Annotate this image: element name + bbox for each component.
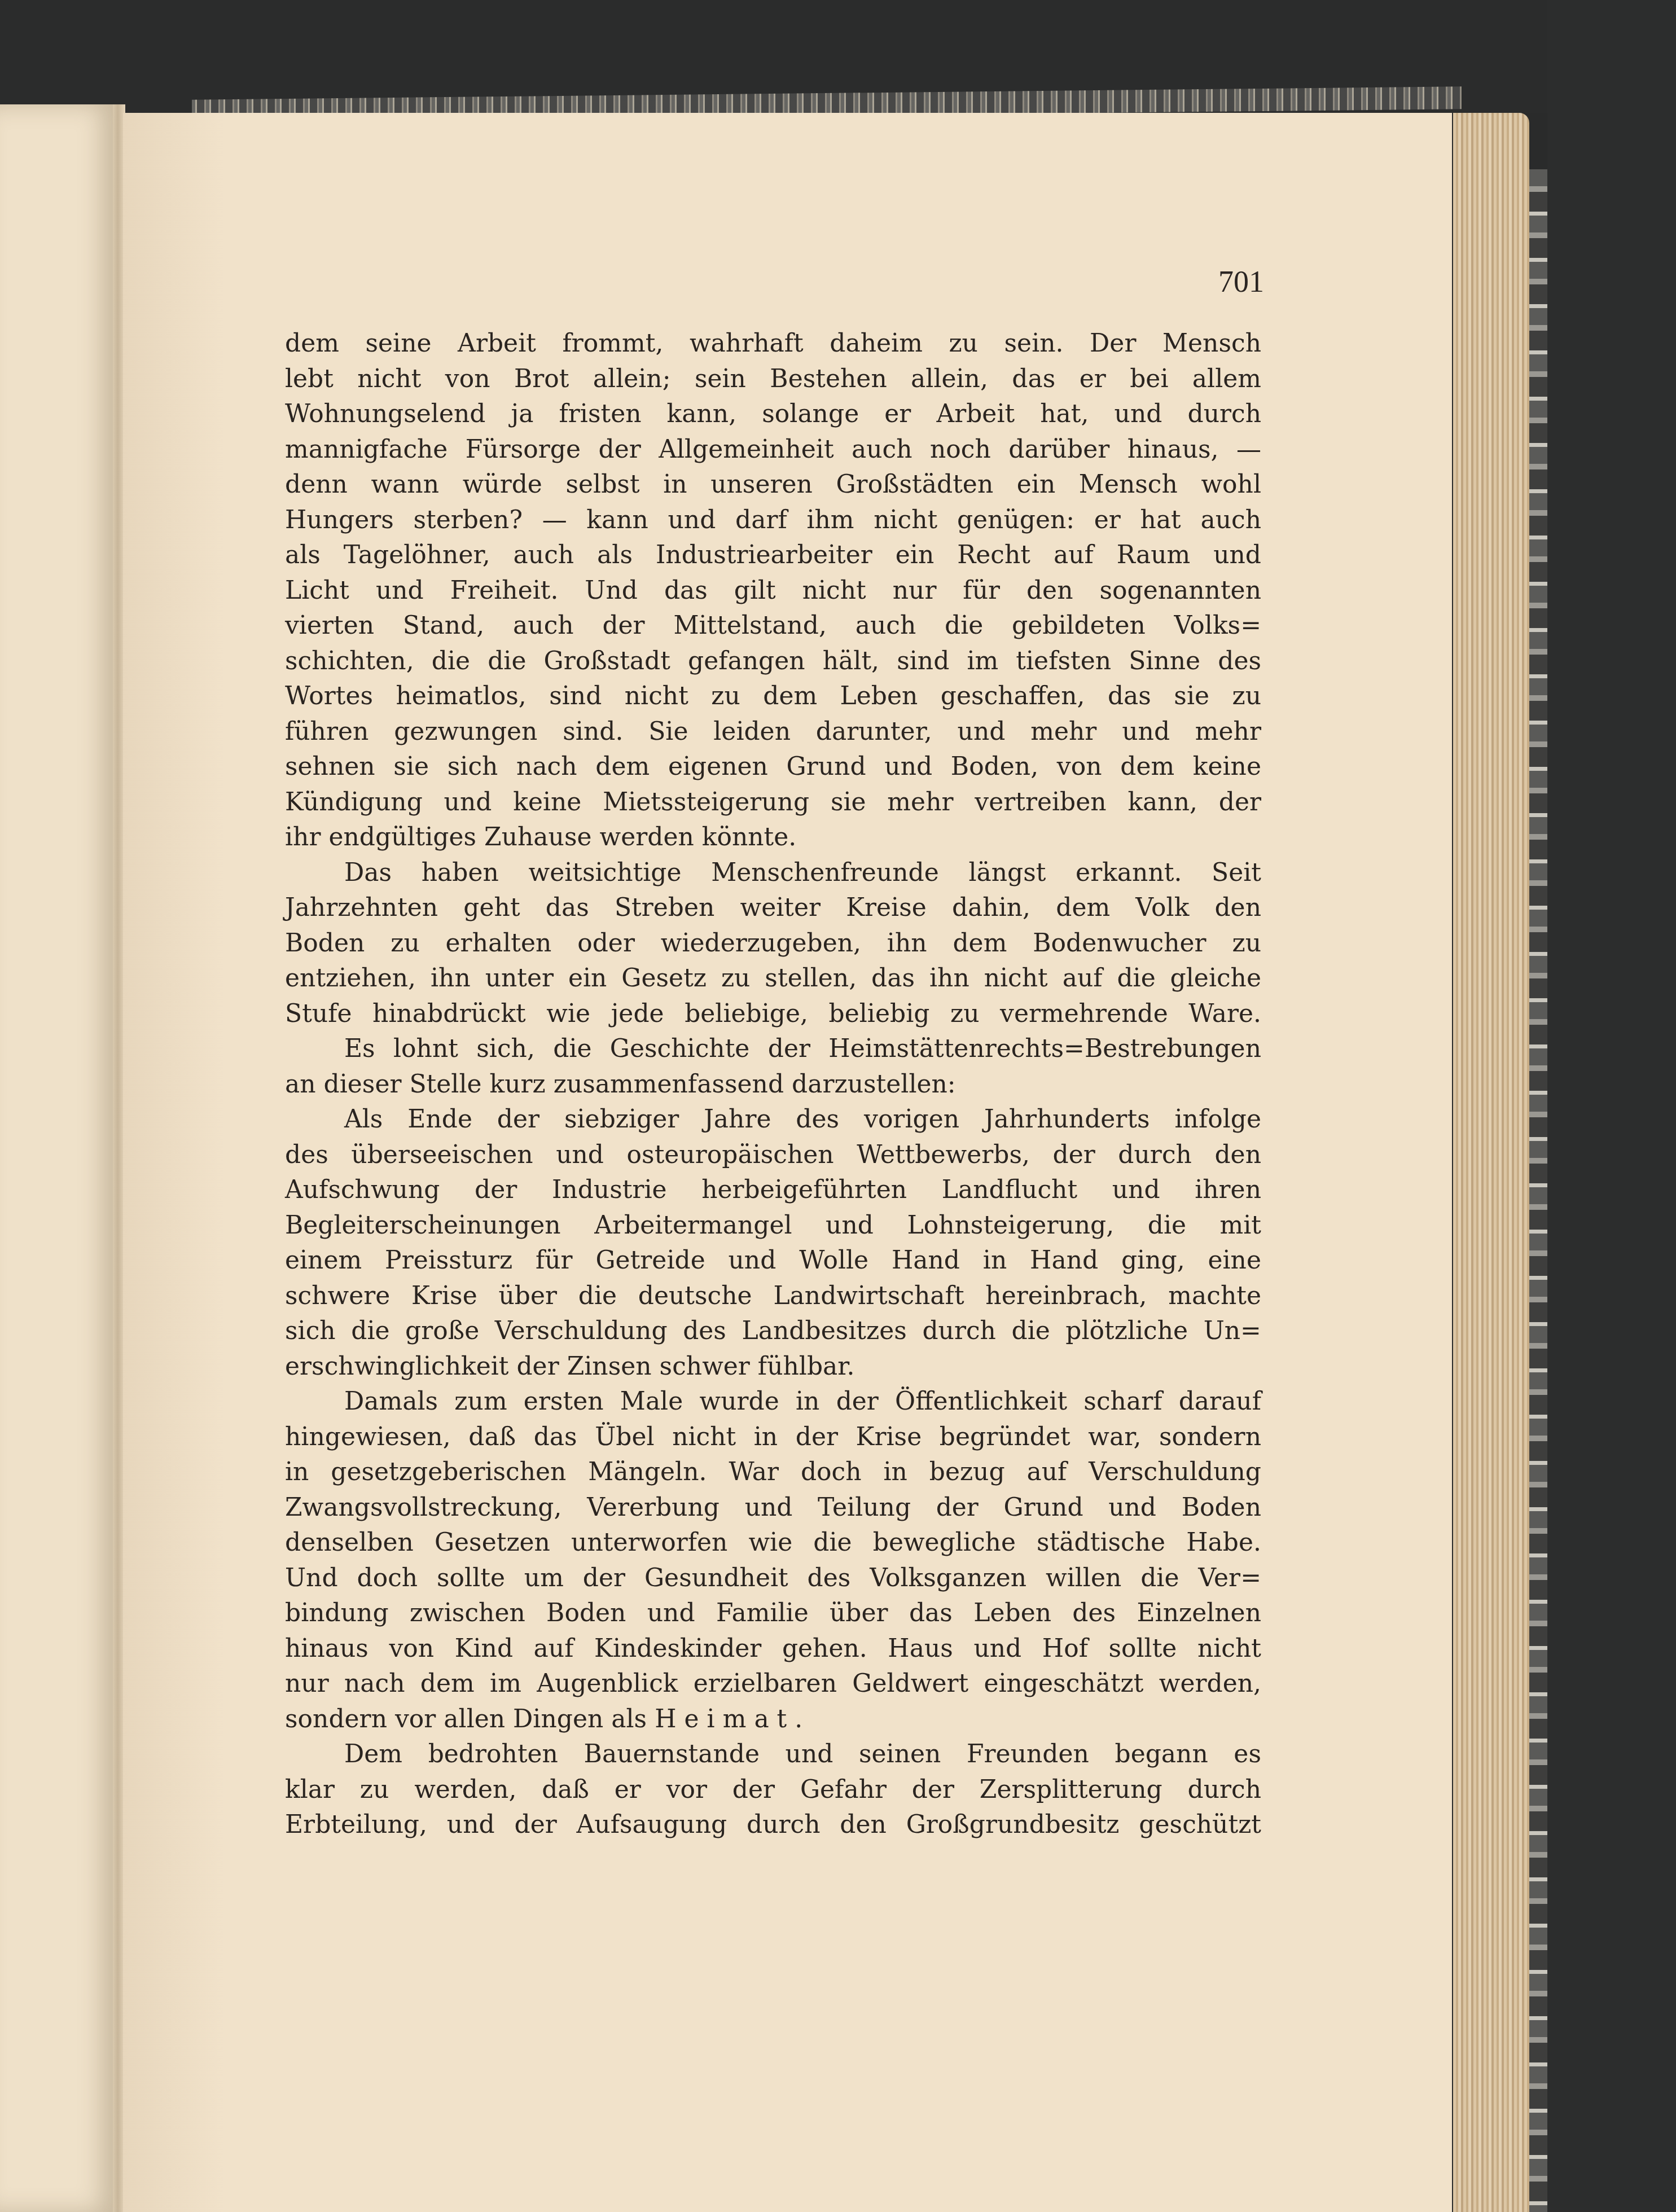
page-number: 701 [1208, 264, 1264, 299]
text-line: Wohnungselend ja fristen kann, solange e… [285, 397, 1261, 432]
paragraph-start: Als Ende der siebziger Jahre des vorigen… [285, 1102, 1261, 1138]
text-line: vierten Stand, auch der Mittelstand, auc… [285, 608, 1261, 644]
text-line: an dieser Stelle kurz zusammenfassend da… [285, 1067, 1261, 1103]
text-line: ihr endgültiges Zuhause werden könnte. [285, 820, 1261, 855]
text-line: lebt nicht von Brot allein; sein Bestehe… [285, 362, 1261, 397]
paragraph-start: Dem bedrohten Bauernstande und seinen Fr… [285, 1737, 1261, 1772]
emphasized-word: Heimat. [655, 1705, 810, 1733]
paragraph-start: Damals zum ersten Male wurde in der Öffe… [285, 1384, 1261, 1420]
left-page-edge [0, 104, 119, 2212]
paragraph-start: Das haben weitsichtige Menschenfreunde l… [285, 855, 1261, 891]
text-line: hinaus von Kind auf Kindeskinder gehen. … [285, 1631, 1261, 1667]
text-line: Hungers sterben? — kann und darf ihm nic… [285, 503, 1261, 538]
text-line: sich die große Verschuldung des Landbesi… [285, 1314, 1261, 1349]
text-line: Jahrzehnten geht das Streben weiter Krei… [285, 890, 1261, 926]
text-line: Zwangsvollstreckung, Vererbung und Teilu… [285, 1490, 1261, 1526]
text-line: Erbteilung, und der Aufsaugung durch den… [285, 1807, 1261, 1843]
text-line: mannigfache Fürsorge der Allgemeinheit a… [285, 432, 1261, 468]
text-line: erschwinglichkeit der Zinsen schwer fühl… [285, 1349, 1261, 1385]
text-line: Begleiterscheinungen Arbeitermangel und … [285, 1208, 1261, 1244]
text-line: denselben Gesetzen unterworfen wie die b… [285, 1525, 1261, 1561]
text-line: dem seine Arbeit frommt, wahrhaft daheim… [285, 326, 1261, 362]
paragraph-start: Es lohnt sich, die Geschichte der Heimst… [285, 1032, 1261, 1067]
text-line: nur nach dem im Augenblick erzielbaren G… [285, 1666, 1261, 1702]
text-line: Licht und Freiheit. Und das gilt nicht n… [285, 573, 1261, 609]
text-line: Boden zu erhalten oder wiederzugeben, ih… [285, 926, 1261, 962]
text-line: des überseeischen und osteuropäischen We… [285, 1138, 1261, 1173]
text-line: einem Preissturz für Getreide und Wolle … [285, 1243, 1261, 1279]
text-line: sondern vor allen Dingen als Heimat. [285, 1702, 1261, 1737]
text-line: sehnen sie sich nach dem eigenen Grund u… [285, 749, 1261, 785]
text-line: in gesetzgeberischen Mängeln. War doch i… [285, 1455, 1261, 1490]
text-line: schichten, die die Großstadt gefangen hä… [285, 644, 1261, 679]
text-line: als Tagelöhner, auch als Industriearbeit… [285, 538, 1261, 573]
text-line: entziehen, ihn unter ein Gesetz zu stell… [285, 961, 1261, 997]
text-line: bindung zwischen Boden und Familie über … [285, 1596, 1261, 1631]
page-stack-edge [1453, 113, 1529, 2212]
text-line: hingewiesen, daß das Übel nicht in der K… [285, 1420, 1261, 1455]
text-line: Kündigung und keine Mietssteigerung sie … [285, 785, 1261, 820]
book-cover-right [1547, 0, 1676, 2212]
body-text: dem seine Arbeit frommt, wahrhaft daheim… [285, 326, 1261, 1843]
text-line: denn wann würde selbst in unseren Großst… [285, 467, 1261, 503]
text-line: schwere Krise über die deutsche Landwirt… [285, 1279, 1261, 1314]
text-segment: sondern vor allen Dingen als [285, 1705, 655, 1733]
text-line: Stufe hinabdrückt wie jede beliebige, be… [285, 997, 1261, 1032]
text-line: klar zu werden, daß er vor der Gefahr de… [285, 1772, 1261, 1808]
marbled-cover-edge [1529, 169, 1547, 2212]
text-line: Wortes heimatlos, sind nicht zu dem Lebe… [285, 679, 1261, 714]
text-line: Aufschwung der Industrie herbeigeführten… [285, 1173, 1261, 1208]
text-line: führen gezwungen sind. Sie leiden darunt… [285, 714, 1261, 750]
text-line: Und doch sollte um der Gesundheit des Vo… [285, 1561, 1261, 1596]
